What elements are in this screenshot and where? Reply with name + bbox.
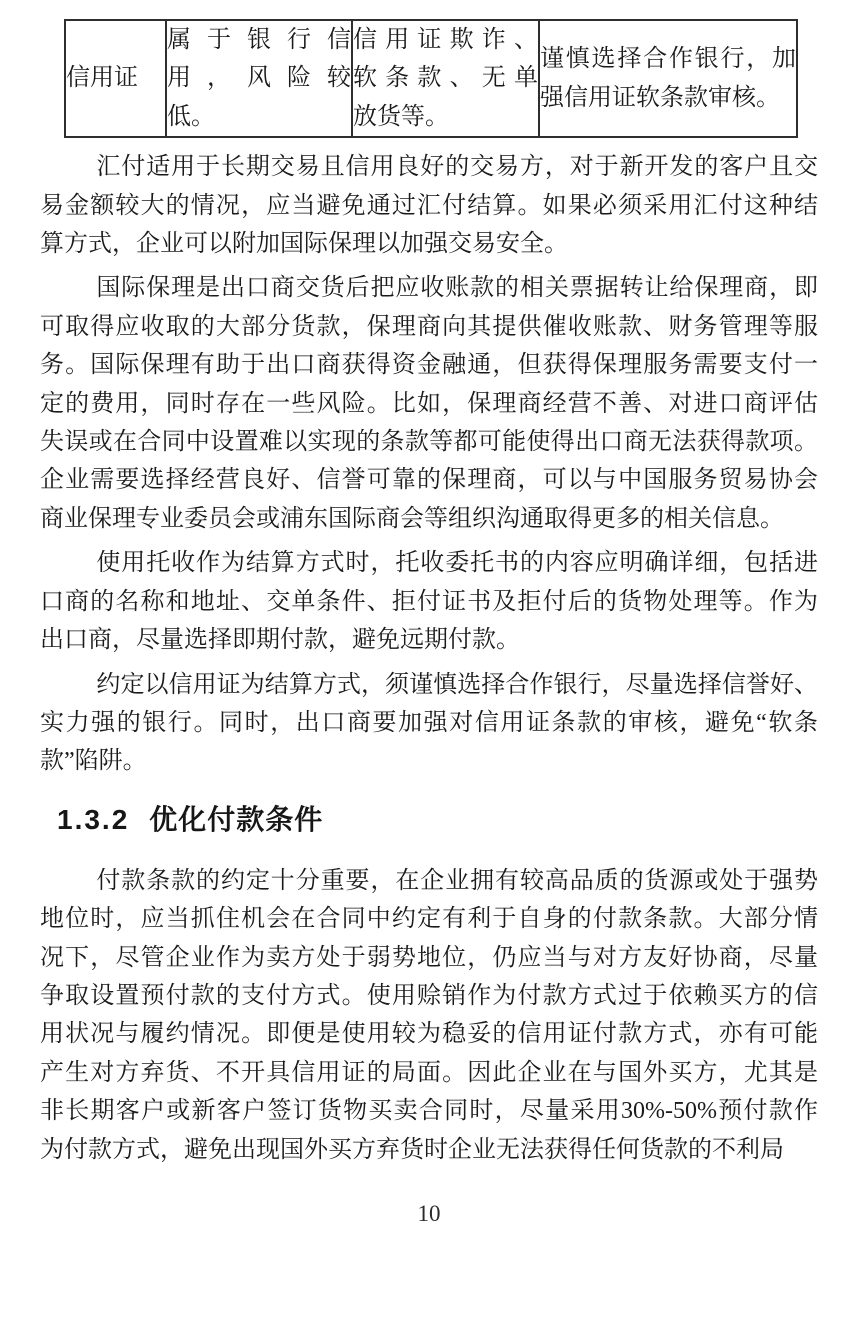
text-line: 出口商，尽量选择即期付款，避免远期付款。 xyxy=(40,621,818,659)
page-number: 10 xyxy=(40,1199,818,1229)
table-cell-risks: 信用证欺诈、软条款、无单放货等。 xyxy=(352,20,539,137)
paragraph: 付款条款的约定十分重要，在企业拥有较高品质的货源或处于强势地位时，应当抓住机会在… xyxy=(40,862,818,1169)
paragraph: 使用托收作为结算方式时，托收委托书的内容应明确详细，包括进口商的名称和地址、交单… xyxy=(40,544,818,659)
text-line: 务。国际保理有助于出口商获得资金融通，但获得保理服务需要支付一 xyxy=(40,346,818,384)
text-line: 用，风险较 xyxy=(167,59,351,97)
paragraph: 国际保理是出口商交货后把应收账款的相关票据转让给保理商，即可取得应收取的大部分货… xyxy=(40,269,818,538)
text-line: 约定以信用证为结算方式，须谨慎选择合作银行，尽量选择信誉好、 xyxy=(40,666,818,704)
text-line: 企业需要选择经营良好、信誉可靠的保理商，可以与中国服务贸易协会 xyxy=(40,461,818,499)
text-line: 谨慎选择合作银行，加 xyxy=(540,40,796,78)
text-line: 软条款、无单 xyxy=(353,59,538,97)
text-line: 口商的名称和地址、交单条件、拒付证书及拒付后的货物处理等。作为 xyxy=(40,583,818,621)
text-line: 易金额较大的情况，应当避免通过汇付结算。如果必须采用汇付这种结 xyxy=(40,187,818,225)
table-cell-payment-method: 信用证 xyxy=(65,20,166,137)
table-cell-countermeasures: 谨慎选择合作银行，加强信用证软条款审核。 xyxy=(539,20,797,137)
text-line: 非长期客户或新客户签订货物买卖合同时，尽量采用30%-50%预付款作 xyxy=(40,1092,818,1130)
text-line: 用状况与履约情况。即便是使用较为稳妥的信用证付款方式，亦有可能 xyxy=(40,1015,818,1053)
text-line: 产生对方弃货、不开具信用证的局面。因此企业在与国外买方，尤其是 xyxy=(40,1054,818,1092)
text-line: 况下，尽管企业作为卖方处于弱势地位，仍应当与对方友好协商，尽量 xyxy=(40,939,818,977)
text-line: 商业保理专业委员会或浦东国际商会等组织沟通取得更多的相关信息。 xyxy=(40,500,818,538)
settlement-methods-table: 信用证 属于银行信用，风险较低。 信用证欺诈、软条款、无单放货等。 谨慎选择合作… xyxy=(64,19,798,138)
settlement-table-wrapper: 信用证 属于银行信用，风险较低。 信用证欺诈、软条款、无单放货等。 谨慎选择合作… xyxy=(64,19,818,138)
text-line: 国际保理是出口商交货后把应收账款的相关票据转让给保理商，即 xyxy=(40,269,818,307)
table-cell-characteristics: 属于银行信用，风险较低。 xyxy=(166,20,352,137)
text-line: 为付款方式，避免出现国外买方弃货时企业无法获得任何货款的不利局 xyxy=(40,1131,818,1169)
table-row: 信用证 属于银行信用，风险较低。 信用证欺诈、软条款、无单放货等。 谨慎选择合作… xyxy=(65,20,797,137)
document-page: 信用证 属于银行信用，风险较低。 信用证欺诈、软条款、无单放货等。 谨慎选择合作… xyxy=(0,0,858,1336)
text-line: 付款条款的约定十分重要，在企业拥有较高品质的货源或处于强势 xyxy=(40,862,818,900)
section-heading: 1.3.2优化付款条件 xyxy=(40,800,818,840)
text-line: 汇付适用于长期交易且信用良好的交易方，对于新开发的客户且交 xyxy=(40,148,818,186)
section-heading-title: 优化付款条件 xyxy=(149,804,323,835)
text-line: 使用托收作为结算方式时，托收委托书的内容应明确详细，包括进 xyxy=(40,544,818,582)
text-line: 属于银行信 xyxy=(167,21,351,59)
text-line: 地位时，应当抓住机会在合同中约定有利于自身的付款条款。大部分情 xyxy=(40,900,818,938)
text-line: 信用证欺诈、 xyxy=(353,21,538,59)
text-line: 失误或在合同中设置难以实现的条款等都可能使得出口商无法获得款项。 xyxy=(40,423,818,461)
text-line: 实力强的银行。同时，出口商要加强对信用证条款的审核，避免“软条 xyxy=(40,704,818,742)
body-text-lower: 付款条款的约定十分重要，在企业拥有较高品质的货源或处于强势地位时，应当抓住机会在… xyxy=(40,862,818,1169)
text-line: 定的费用，同时存在一些风险。比如，保理商经营不善、对进口商评估 xyxy=(40,385,818,423)
paragraph: 约定以信用证为结算方式，须谨慎选择合作银行，尽量选择信誉好、实力强的银行。同时，… xyxy=(40,666,818,781)
text-line: 算方式，企业可以附加国际保理以加强交易安全。 xyxy=(40,225,818,263)
text-line: 款”陷阱。 xyxy=(40,742,818,780)
text-line: 低。 xyxy=(167,98,351,136)
text-line: 强信用证软条款审核。 xyxy=(540,79,796,117)
section-heading-number: 1.3.2 xyxy=(57,804,129,835)
text-line: 放货等。 xyxy=(353,98,538,136)
text-line: 争取设置预付款的支付方式。使用赊销作为付款方式过于依赖买方的信 xyxy=(40,977,818,1015)
text-line: 信用证 xyxy=(66,59,165,97)
text-line: 可取得应收取的大部分货款，保理商向其提供催收账款、财务管理等服 xyxy=(40,308,818,346)
paragraph: 汇付适用于长期交易且信用良好的交易方，对于新开发的客户且交易金额较大的情况，应当… xyxy=(40,148,818,263)
body-text-upper: 汇付适用于长期交易且信用良好的交易方，对于新开发的客户且交易金额较大的情况，应当… xyxy=(40,148,818,781)
